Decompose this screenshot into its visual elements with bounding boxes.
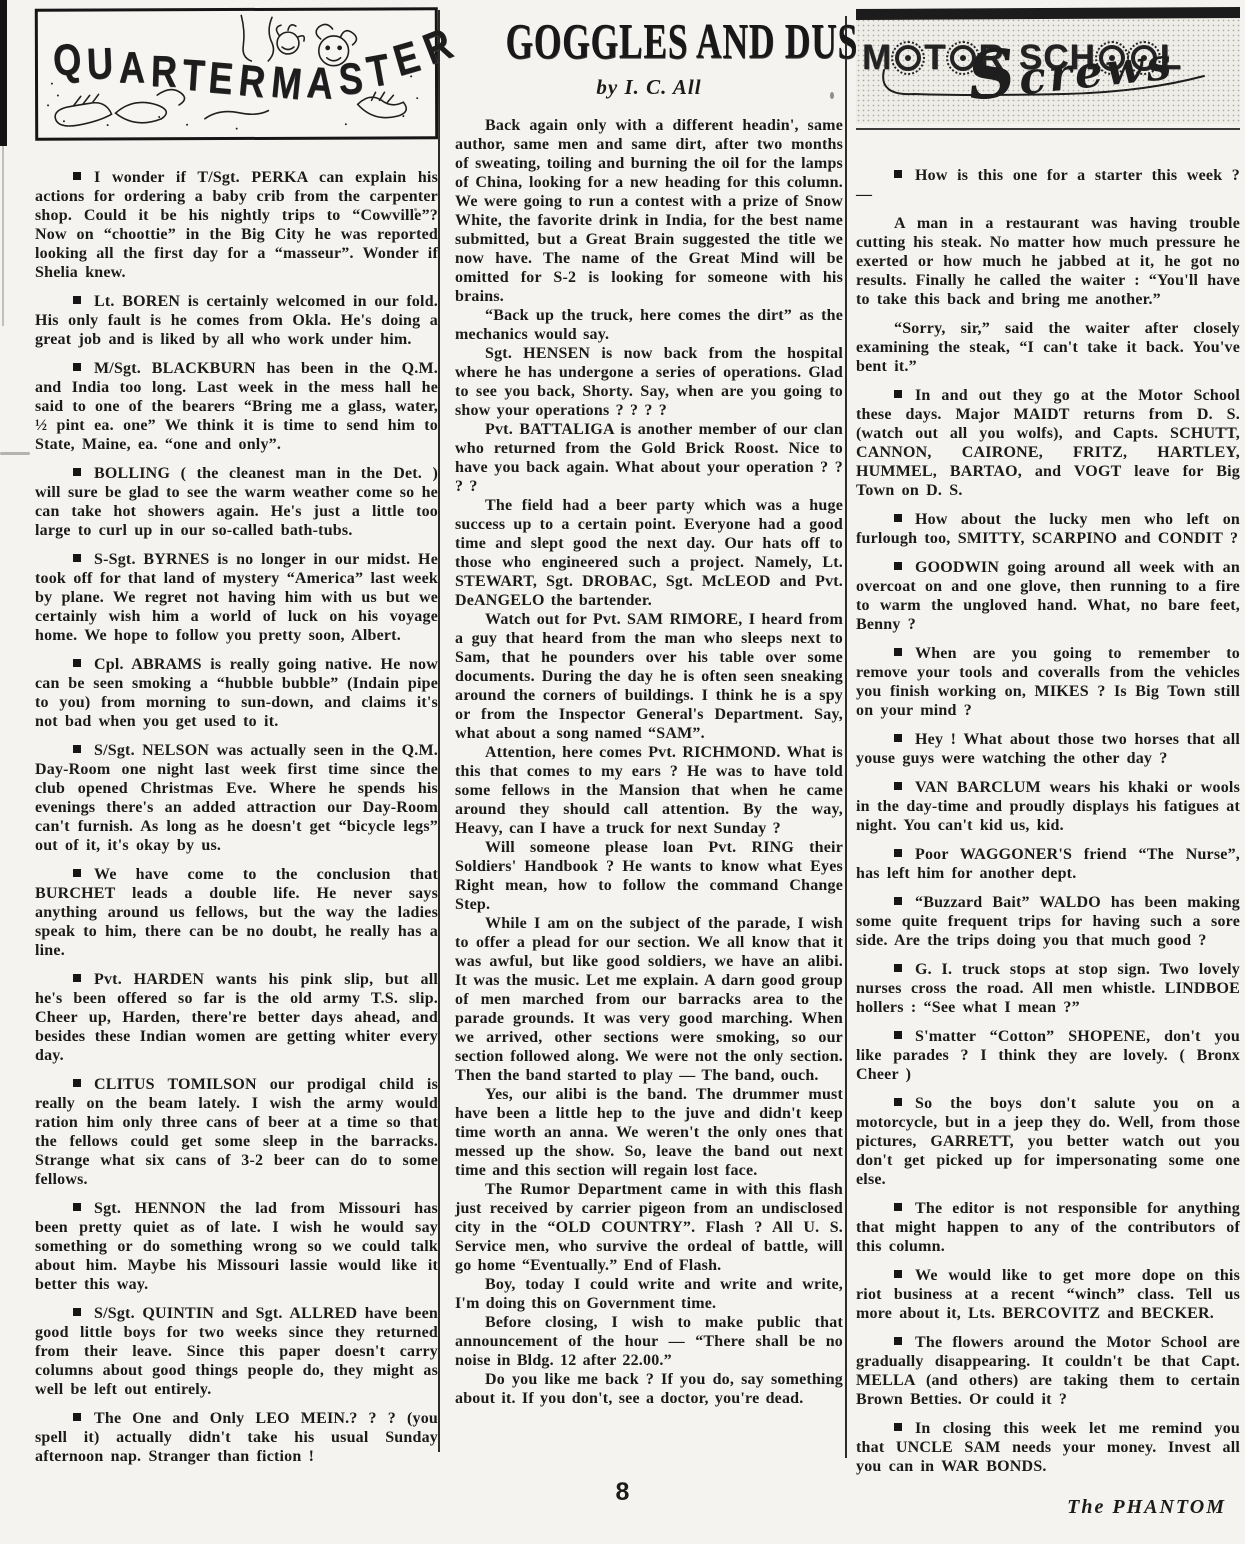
quartermaster-items: I wonder if T/Sgt. PERKA can explain his…: [35, 168, 438, 1466]
paragraph: How about the lucky men who left on furl…: [856, 510, 1240, 548]
bullet-square-icon: [894, 1031, 902, 1039]
paragraph: Watch out for Pvt. SAM RIMORE, I heard f…: [455, 610, 843, 743]
paragraph: Boy, today I could write and write and w…: [455, 1275, 843, 1313]
paragraph: The One and Only LEO MEIN.? ? ? (you spe…: [35, 1409, 438, 1466]
bullet-square-icon: [894, 849, 902, 857]
paragraph: Do you like me back ? If you do, say som…: [455, 1370, 843, 1408]
paragraph: Hey ! What about those two horses that a…: [856, 730, 1240, 768]
banner-letter: E: [207, 53, 235, 105]
paragraph: The Rumor Department came in with this f…: [455, 1180, 843, 1275]
paragraph: Yes, our alibi is the band. The drummer …: [455, 1085, 843, 1180]
paragraph: Cpl. ABRAMS is really going native. He n…: [35, 655, 438, 731]
banner-letter: E: [388, 32, 425, 87]
banner-letter: R: [236, 56, 267, 108]
paragraph: CLITUS TOMILSON our prodigal child is re…: [35, 1075, 438, 1189]
banner-letter: U: [86, 39, 114, 90]
newspaper-page: QUARTERMASTER I wonder if T/Sgt. PERKA c…: [0, 0, 1245, 1544]
column-title: GOGGLES AND DUST: [505, 13, 792, 70]
bullet-square-icon: [894, 562, 902, 570]
paragraph: VAN BARCLUM wears his khaki or wools in …: [856, 778, 1240, 835]
bullet-square-icon: [73, 363, 81, 371]
scan-edge-artifact-tail: [2, 146, 4, 326]
paragraph: While I am on the subject of the parade,…: [455, 914, 843, 1085]
paragraph: Poor WAGGONER'S friend “The Nurse”, has …: [856, 845, 1240, 883]
paragraph: We would like to get more dope on this r…: [856, 1266, 1240, 1323]
gear-o-icon: [895, 45, 921, 71]
paragraph: Sgt. HENNON the lad from Missouri has be…: [35, 1199, 438, 1294]
bullet-square-icon: [73, 869, 81, 877]
motor-school-banner: MTRSCHL Screws: [856, 8, 1240, 124]
bullet-square-icon: [894, 170, 902, 178]
scan-edge-artifact: [0, 0, 7, 146]
bullet-square-icon: [73, 1308, 81, 1316]
bullet-square-icon: [894, 782, 902, 790]
paragraph: Before closing, I wish to make public th…: [455, 1313, 843, 1370]
banner-letter: S: [337, 54, 364, 105]
bullet-square-icon: [73, 659, 81, 667]
bullet-square-icon: [894, 390, 902, 398]
paragraph: S-Sgt. BYRNES is no longer in our midst.…: [35, 550, 438, 645]
column-paragraphs: Back again only with a different headin'…: [455, 116, 843, 1408]
paragraph: G. I. truck stops at stop sign. Two love…: [856, 960, 1240, 1017]
banner-top-band: [856, 7, 1240, 20]
goggles-and-dust-column: GOGGLES AND DUST by I. C. All Back again…: [455, 14, 843, 1408]
bullet-square-icon: [73, 1079, 81, 1087]
paragraph: The editor is not responsible for anythi…: [856, 1199, 1240, 1256]
byline: by I. C. All: [455, 75, 843, 100]
paragraph: “Buzzard Bait” WALDO has been making som…: [856, 893, 1240, 950]
bullet-square-icon: [894, 1423, 902, 1431]
banner-letter: A: [119, 43, 145, 93]
script-capital: S: [964, 33, 1023, 116]
page-number: 8: [0, 1478, 1245, 1507]
bullet-square-icon: [73, 554, 81, 562]
bullet-square-icon: [73, 1203, 81, 1211]
paragraph: I wonder if T/Sgt. PERKA can explain his…: [35, 168, 438, 282]
column-divider: [845, 16, 847, 1458]
paragraph: Back again only with a different headin'…: [455, 116, 843, 306]
paragraph: Sgt. HENSEN is now back from the hospita…: [455, 344, 843, 420]
banner-rule: [856, 128, 1240, 130]
bullet-square-icon: [894, 964, 902, 972]
bullet-square-icon: [73, 745, 81, 753]
paragraph: S/Sgt. QUINTIN and Sgt. ALLRED have been…: [35, 1304, 438, 1399]
paragraph: S'matter “Cotton” SHOPENE, don't you lik…: [856, 1027, 1240, 1084]
bullet-square-icon: [73, 468, 81, 476]
paragraph: The flowers around the Motor School are …: [856, 1333, 1240, 1409]
paragraph: How is this one for a starter this week …: [856, 166, 1240, 204]
paragraph: “Sorry, sir,” said the waiter after clos…: [856, 319, 1240, 376]
paragraph: “Back up the truck, here comes the dirt”…: [455, 306, 843, 344]
bullet-square-icon: [73, 296, 81, 304]
bullet-square-icon: [894, 1098, 902, 1106]
paragraph: BOLLING ( the cleanest man in the Det. )…: [35, 464, 438, 540]
paragraph: GOODWIN going around all week with an ov…: [856, 558, 1240, 634]
paragraph: Pvt. BATTALIGA is another member of our …: [455, 420, 843, 496]
quartermaster-column: QUARTERMASTER I wonder if T/Sgt. PERKA c…: [35, 8, 438, 1476]
banner-letter: R: [416, 19, 458, 75]
bullet-square-icon: [73, 172, 81, 180]
motor-school-column: MTRSCHL Screws How is this one for a sta…: [856, 8, 1240, 1519]
quartermaster-banner-title: QUARTERMASTER: [50, 30, 454, 81]
bullet-square-icon: [894, 897, 902, 905]
paragraph: In closing this week let me remind you t…: [856, 1419, 1240, 1476]
paragraph: The field had a beer party which was a h…: [455, 496, 843, 610]
paragraph: In and out they go at the Motor School t…: [856, 386, 1240, 500]
scan-dash-artifact: [0, 452, 30, 455]
bullet-square-icon: [73, 1413, 81, 1421]
quartermaster-banner: QUARTERMASTER: [35, 7, 438, 140]
paragraph: Pvt. HARDEN wants his pink slip, but all…: [35, 970, 438, 1065]
motor-school-items: How is this one for a starter this week …: [856, 166, 1240, 1476]
paragraph: We have come to the conclusion that BURC…: [35, 865, 438, 960]
bullet-square-icon: [894, 1270, 902, 1278]
screws-script-text: Screws: [966, 35, 1177, 110]
bullet-square-icon: [894, 1203, 902, 1211]
banner-letter: R: [150, 47, 178, 98]
banner-letter: A: [306, 58, 335, 110]
paragraph: So the boys don't salute you on a motorc…: [856, 1094, 1240, 1189]
banner-letter: M: [862, 38, 892, 78]
bullet-square-icon: [894, 734, 902, 742]
banner-letter: T: [924, 38, 946, 78]
paragraph: A man in a restaurant was having trouble…: [856, 214, 1240, 309]
paragraph: S/Sgt. NELSON was actually seen in the Q…: [35, 741, 438, 855]
bullet-square-icon: [73, 974, 81, 982]
banner-letter: Q: [51, 35, 83, 87]
paragraph: Will someone please loan Pvt. RING their…: [455, 838, 843, 914]
paragraph: When are you going to remember to remove…: [856, 644, 1240, 720]
paragraph: Lt. BOREN is certainly welcomed in our f…: [35, 292, 438, 349]
banner-letter: M: [268, 57, 303, 110]
bullet-square-icon: [894, 514, 902, 522]
column-divider: [438, 10, 440, 1452]
bullet-square-icon: [894, 1337, 902, 1345]
paragraph: M/Sgt. BLACKBURN has been in the Q.M. an…: [35, 359, 438, 454]
banner-letter: T: [180, 50, 205, 101]
paragraph: Attention, here comes Pvt. RICHMOND. Wha…: [455, 743, 843, 838]
bullet-square-icon: [894, 648, 902, 656]
